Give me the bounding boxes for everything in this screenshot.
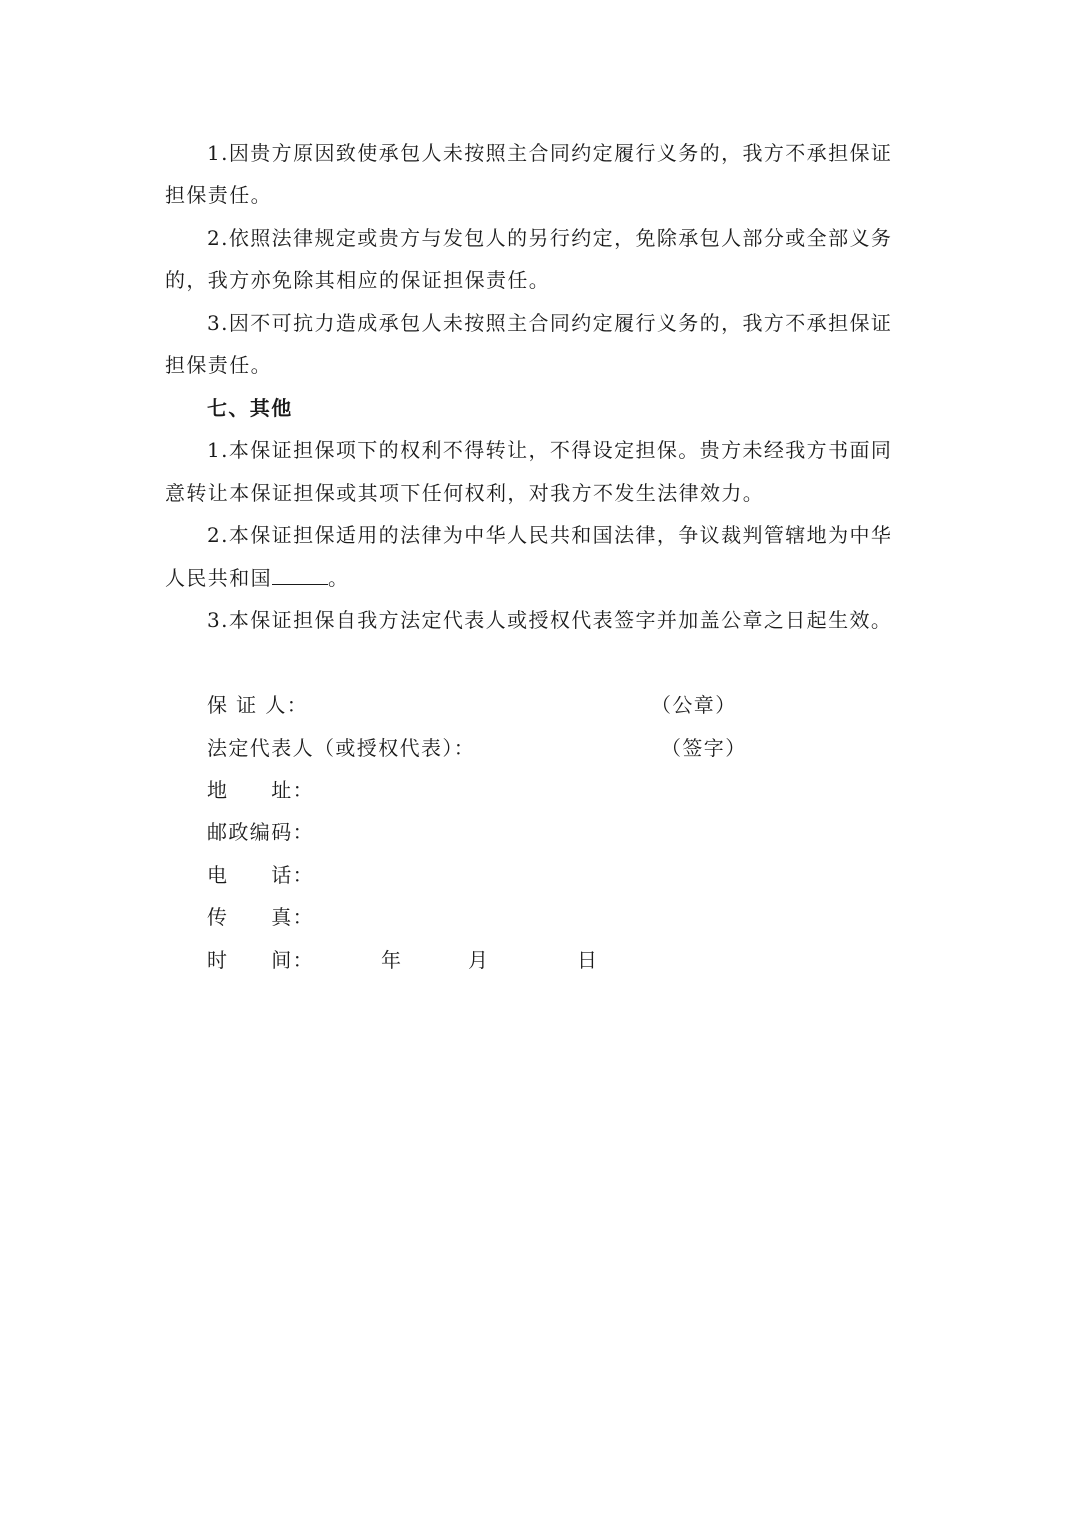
representative-sign-note: （签字）: [661, 736, 747, 760]
s7-item2-line2-suffix: 。: [328, 566, 349, 590]
s6-item1-line2: 担保责任。: [165, 183, 910, 207]
representative-label: 法定代表人（或授权代表）：: [207, 736, 475, 760]
postcode-label: 邮政编码：: [207, 820, 314, 844]
s6-item3-line2: 担保责任。: [165, 353, 910, 377]
address-label: 地 址：: [207, 778, 314, 802]
fax-label: 传 真：: [207, 905, 314, 929]
jurisdiction-blank: [272, 566, 328, 585]
guarantor-label: 保 证 人：: [207, 693, 308, 717]
s7-item2-line2-prefix: 人民共和国: [165, 566, 272, 590]
s6-item1-line1: 1.因贵方原因致使承包人未按照主合同约定履行义务的，我方不承担保证: [207, 141, 952, 165]
s7-item1-line2: 意转让本保证担保或其项下任何权利，对我方不发生法律效力。: [165, 481, 910, 505]
section7-heading: 七、其他: [207, 396, 952, 420]
date-label: 时 间：: [207, 948, 314, 972]
s6-item2-line1: 2.依照法律规定或贵方与发包人的另行约定，免除承包人部分或全部义务: [207, 226, 952, 250]
s7-item3-line1: 3.本保证担保自我方法定代表人或授权代表签字并加盖公章之日起生效。: [207, 608, 952, 632]
date-day: 日: [577, 948, 598, 972]
date-year: 年: [381, 948, 402, 972]
s6-item3-line1: 3.因不可抗力造成承包人未按照主合同约定履行义务的，我方不承担保证: [207, 311, 952, 335]
s7-item2-line1: 2.本保证担保适用的法律为中华人民共和国法律，争议裁判管辖地为中华: [207, 523, 952, 547]
s7-item2-line2: 人民共和国。: [165, 566, 910, 590]
guarantor-seal-note: （公章）: [651, 693, 737, 717]
phone-label: 电 话：: [207, 863, 314, 887]
s7-item1-line1: 1.本保证担保项下的权利不得转让，不得设定担保。贵方未经我方书面同: [207, 438, 952, 462]
date-month: 月: [468, 948, 489, 972]
document-page: 1.因贵方原因致使承包人未按照主合同约定履行义务的，我方不承担保证 担保责任。 …: [0, 0, 1080, 1527]
s6-item2-line2: 的，我方亦免除其相应的保证担保责任。: [165, 268, 910, 292]
